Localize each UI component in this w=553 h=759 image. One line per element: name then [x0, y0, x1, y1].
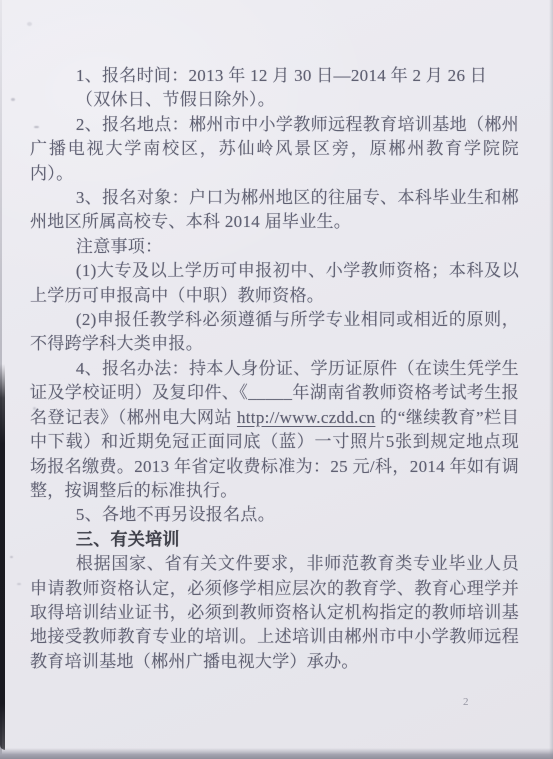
paragraph-notes-label: 注意事项： — [30, 235, 519, 259]
paragraph-reg-time-exception: （双休日、节假日除外）。 — [30, 88, 519, 112]
paragraph-note-1: (1)大专及以上学历可申报初中、小学教师资格；本科及以上学历可申报高中（中职）教… — [30, 259, 519, 308]
paragraph-note-2: (2)申报任教学科必须遵循与所学专业相同或相近的原则，不得跨学科大类申报。 — [30, 308, 519, 357]
scan-bottom-edge-shadow — [0, 748, 553, 759]
paragraph-reg-time: 1、报名时间：2013 年 12 月 30 日—2014 年 2 月 26 日 — [30, 64, 519, 88]
scan-speck — [11, 98, 15, 101]
paragraph-reg-location: 2、报名地点：郴州市中小学教师远程教育培训基地（郴州广播电视大学南校区，苏仙岭风… — [30, 113, 519, 186]
document-body-text: 1、报名时间：2013 年 12 月 30 日—2014 年 2 月 26 日 … — [30, 64, 519, 674]
scan-speck — [27, 22, 32, 26]
scan-right-edge-shade — [549, 0, 553, 759]
scan-left-edge-line — [0, 0, 2, 759]
paragraph-reg-method: 4、报名办法：持本人身份证、学历证原件（在读生凭学生证及学校证明）及复印件、《_… — [30, 357, 519, 503]
paragraph-reg-audience: 3、报名对象：户口为郴州地区的往届专、本科毕业生和郴州地区所属高校专、本科 20… — [30, 186, 519, 235]
section-heading-training: 三、有关培训 — [30, 528, 519, 552]
scan-speck — [17, 583, 21, 585]
scanned-document-page: 1、报名时间：2013 年 12 月 30 日—2014 年 2 月 26 日 … — [0, 0, 553, 759]
page-number: 2 — [463, 696, 469, 708]
paragraph-reg-sites: 5、各地不再另设报名点。 — [30, 503, 519, 527]
registration-website-url: http://www.czdd.cn — [237, 408, 375, 427]
scan-speck — [10, 556, 13, 558]
paragraph-training-details: 根据国家、省有关文件要求，非师范教育类专业毕业人员申请教师资格认定，必须修学相应… — [30, 552, 519, 674]
scan-left-edge-shadow — [0, 364, 5, 750]
